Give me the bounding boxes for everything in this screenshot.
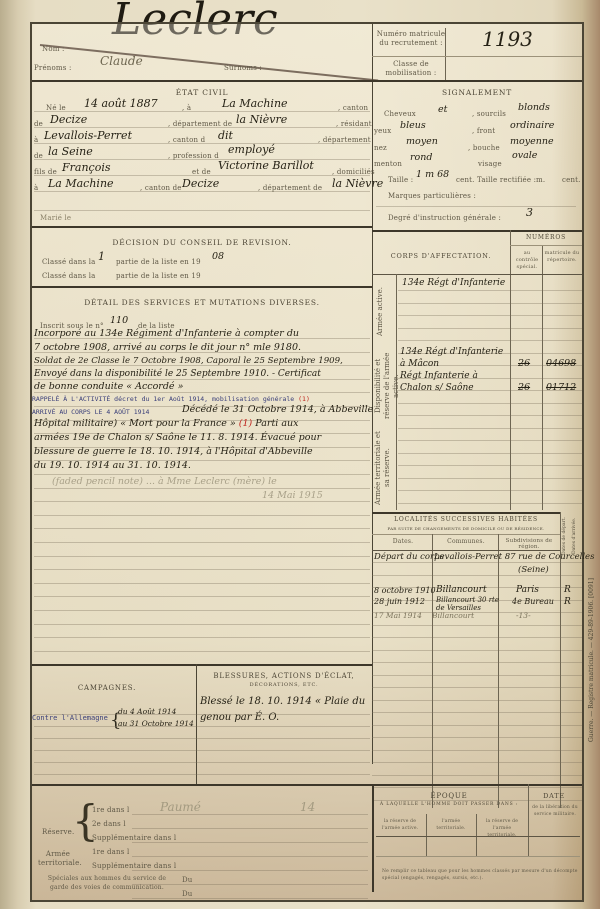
ruling	[34, 596, 370, 597]
side-col-arrivee: Dates d'arrivée.	[572, 516, 577, 556]
rappel-stamp-text: RAPPELÉ À L'ACTIVITÉ décret du 1er Août …	[32, 395, 294, 403]
lieu-naissance: La Machine	[222, 97, 288, 110]
col-subdivisions: Subdivisions de région.	[498, 538, 560, 550]
ruling	[398, 440, 582, 441]
divider	[426, 814, 427, 856]
ruling	[34, 210, 370, 211]
ruling	[34, 111, 370, 112]
services-title: DÉTAIL DES SERVICES ET MUTATIONS DIVERSE…	[32, 298, 372, 307]
ruling	[398, 328, 582, 329]
et-de-label: et de	[192, 168, 211, 176]
campagne-label: Contre l'Allemagne	[32, 714, 108, 722]
ruling	[132, 856, 368, 857]
menton-label: menton	[374, 160, 402, 168]
pere: François	[62, 161, 110, 174]
divider	[510, 245, 582, 246]
deces-line-2-text: Hôpital militaire) « Mort pour la France…	[34, 418, 236, 429]
loc-row-3-subdivision: 4e Bureau	[512, 597, 554, 606]
ruling	[398, 415, 582, 416]
loc-row-2-subdivision: Paris	[516, 585, 539, 595]
taille-rect-cent: cent.	[562, 176, 581, 184]
canton2-label: , canton d	[168, 136, 205, 144]
divider	[372, 80, 582, 82]
corps-entry-active: 134e Régt d'Infanterie	[402, 278, 505, 288]
inscrit-numero: 110	[110, 315, 128, 326]
departement-label: , département de	[168, 120, 232, 128]
loc-row-4-date: 17 Mai 1914	[374, 611, 422, 620]
ruling	[372, 712, 582, 713]
ruling	[132, 898, 368, 899]
divider	[376, 836, 580, 837]
rappel-note: (1)	[298, 395, 310, 403]
ne-le-label: Né le	[46, 104, 66, 112]
section-territoriale: Armée territoriale et sa réserve.	[374, 428, 392, 508]
corps-affectation-title: CORPS D'AFFECTATION.	[372, 252, 510, 260]
divider	[32, 784, 582, 786]
bouche-label: , bouche	[468, 144, 500, 152]
pencil-note-2: 14 Mai 1915	[262, 490, 323, 501]
col-matricule: matricule du répertoire.	[544, 250, 580, 264]
garde-row-1: Du	[182, 876, 193, 884]
fils-label: fils de	[34, 168, 57, 176]
ruling	[34, 569, 370, 570]
col-controle: au contrôle spécial.	[512, 250, 542, 271]
classe2-suffix: partie de la liste en 19	[116, 272, 201, 280]
canton-label: , canton	[338, 104, 368, 112]
ruling	[34, 488, 370, 489]
sourcils-value: blonds	[518, 102, 550, 113]
etat-civil-title: ÉTAT CIVIL	[32, 88, 372, 97]
matricule-1: 04698	[546, 358, 576, 369]
ruling	[398, 490, 582, 491]
ruling	[34, 750, 370, 751]
marie-label: Marié le	[40, 214, 71, 222]
divider	[372, 56, 582, 57]
ruling	[34, 556, 370, 557]
loc-row-3-commune: Billancourt 30 rte de Versailles	[436, 596, 508, 612]
blessures-subtitle: DÉCORATIONS, ETC.	[196, 682, 372, 688]
profession-label: , profession d	[168, 152, 219, 160]
ruling	[34, 726, 370, 727]
ruling	[132, 828, 368, 829]
divider	[372, 550, 560, 551]
ruling	[398, 478, 582, 479]
instruction-label: Degré d'instruction générale :	[388, 214, 501, 222]
visage-label: visage	[478, 160, 502, 168]
reserve-row-2: 2e dans l	[92, 820, 126, 828]
residence: Levallois-Perret	[44, 129, 132, 142]
ruling	[34, 774, 370, 775]
corps-entry-reserve-1: 134e Régt d'Infanterie à Mâcon	[400, 346, 508, 370]
ruling	[398, 453, 582, 454]
de-label: de	[34, 120, 43, 128]
arrive-stamp: ARRIVÉ AU CORPS LE 4 AOÛT 1914	[32, 408, 149, 416]
nez-value: moyen	[406, 136, 438, 147]
prenoms-label: Prénoms :	[34, 64, 72, 72]
ruling	[372, 562, 582, 563]
blessures-text: Blessé le 18. 10. 1914 « Plaie du genou …	[200, 694, 370, 726]
loc-row-4-commune: Billancourt	[432, 611, 474, 620]
ruling	[398, 465, 582, 466]
nez-label: nez	[374, 144, 387, 152]
taille-label: Taille :	[388, 176, 413, 184]
corps-entry-reserve-2: Régt Infanterie à Chalon s/ Saône	[400, 370, 508, 394]
deces-line-3: armées 19e de Chalon s/ Saône le 11. 8. …	[34, 432, 321, 443]
classe2-label: Classé dans la	[42, 272, 96, 280]
ruling	[398, 303, 582, 304]
cheveux-label: Cheveux	[384, 110, 416, 118]
divider	[376, 856, 580, 857]
deces-parti: Parti aux	[255, 418, 298, 429]
service-line-3: Soldat de 2e Classe le 7 Octobre 1908, C…	[34, 356, 343, 366]
departement-residence: la Seine	[48, 145, 93, 158]
ruling	[372, 700, 582, 701]
col-communes: Communes.	[434, 538, 498, 545]
ruling	[372, 750, 582, 751]
col-dates: Dates.	[374, 538, 432, 545]
yeux-label: yeux	[374, 127, 391, 135]
bouche-value: moyenne	[510, 136, 554, 147]
loc-row-1-subdivision: (Seine)	[518, 565, 549, 575]
ruling	[132, 842, 368, 843]
deces-note: (1)	[239, 418, 252, 429]
deces-line-5: du 19. 10. 1914 au 31. 10. 1914.	[34, 460, 191, 471]
ruling	[132, 870, 368, 871]
classe1-year: 08	[212, 251, 224, 262]
printer-imprint: Guerre. — Registre matricule. — 429-89-1…	[588, 540, 595, 780]
ruling	[372, 650, 582, 651]
ruling	[34, 610, 370, 611]
ruling	[34, 738, 370, 739]
loc-row-2-commune: Billancourt	[436, 585, 487, 595]
divider	[510, 230, 511, 510]
periode-pencil-note: Paumé	[160, 800, 201, 814]
deces-line-1: Décédé le 31 Octobre 1914, à Abbeville	[182, 404, 373, 415]
classe-label: Classe de mobilisation :	[376, 60, 446, 78]
side-col-depart: Dates de départ.	[562, 516, 567, 556]
nom-label: Nom :	[42, 45, 65, 53]
territoriale-row-1: 1re dans l	[92, 848, 129, 856]
registre-matricule-form: Nom : Prénoms : Claude Surnoms : Numéro …	[30, 22, 584, 902]
divider	[372, 784, 374, 892]
yeux-value: bleus	[400, 120, 426, 131]
ruling	[34, 528, 370, 529]
ruling	[398, 315, 582, 316]
ruling	[34, 501, 370, 502]
section-armee-active: Armée active.	[376, 276, 384, 346]
pencil-note-1: (faded pencil note) ... à Mme Leclerc (m…	[52, 476, 277, 487]
garde-row-2: Du	[182, 890, 193, 898]
loc-row-2-mark: R	[564, 585, 571, 595]
ruling	[34, 392, 370, 393]
ruling	[372, 737, 582, 738]
header-bottom-rule	[32, 80, 372, 82]
ruling	[34, 637, 370, 638]
departement-naissance: la Nièvre	[236, 113, 287, 126]
date-naissance: 14 août 1887	[84, 97, 158, 110]
controle-1: 26	[518, 358, 530, 369]
matricule-2: 01712	[546, 382, 576, 393]
section-disponibilite: Disponibilité et réserve de l'armée acti…	[374, 346, 401, 426]
ruling	[398, 503, 582, 504]
territoriale-row-2: Supplémentaire dans l	[92, 862, 176, 870]
classe1-label: Classé dans la	[42, 258, 96, 266]
ruling	[372, 675, 582, 676]
canton-parents: Decize	[182, 177, 219, 190]
epoque-subtitle: À LAQUELLE L'HOMME DOIT PASSER DANS :	[374, 802, 524, 807]
ruling	[34, 542, 370, 543]
divider	[32, 664, 372, 666]
classe1-partie: 1	[98, 250, 105, 263]
classe1-suffix: partie de la liste en 19	[116, 258, 201, 266]
sourcils-label: , sourcils	[472, 110, 506, 118]
service-line-5: de bonne conduite « Accordé »	[34, 381, 183, 392]
controle-2: 26	[518, 382, 530, 393]
taille-value: 1 m 68	[416, 169, 449, 180]
date-sub: de la libération du service militaire.	[530, 804, 580, 818]
loc-row-2-date: 8 octobre 1910	[374, 586, 436, 595]
epoque-title: ÉPOQUE	[374, 792, 524, 800]
numeros-title: NUMÉROS	[510, 234, 582, 241]
ruling	[34, 714, 370, 715]
loc-row-3-mark: R	[564, 597, 571, 607]
localites-title: LOCALITÉS SUCCESSIVES HABITÉES	[372, 516, 560, 523]
taille-rect-unit: m.	[536, 176, 545, 184]
reserve-row-3: Supplémentaire dans l	[92, 834, 176, 842]
ruling	[398, 340, 582, 341]
departement-parents: la Nièvre	[332, 177, 383, 190]
ruling	[34, 651, 370, 652]
domicile-parents: La Machine	[48, 177, 114, 190]
ruling	[376, 206, 576, 207]
campagnes-title: CAMPAGNES.	[32, 684, 182, 692]
matricule-value: 1193	[482, 27, 533, 51]
divider	[372, 534, 560, 535]
mere: Victorine Barillot	[218, 159, 314, 172]
ruling	[372, 637, 582, 638]
cheveux-value: et	[438, 104, 447, 115]
profession: employé	[228, 143, 275, 156]
visage-value: ovale	[512, 150, 537, 161]
divider	[372, 24, 373, 764]
ruling	[398, 290, 582, 291]
a-label: , à	[182, 104, 191, 112]
deces-line-4: blessure de guerre le 18. 10. 1914, à l'…	[34, 446, 313, 457]
ruling	[372, 662, 582, 663]
ruling	[132, 814, 368, 815]
localites-subtitle: PAR SUITE DE CHANGEMENTS DE DOMICILE OU …	[372, 526, 560, 531]
epoque-col-1: la réserve de l'armée active.	[378, 818, 422, 832]
canton-residence: dit	[218, 129, 233, 142]
prenoms-value: Claude	[100, 54, 143, 68]
epoque-footnote: Ne remplir ce tableau que pour les homme…	[382, 868, 578, 882]
divider	[476, 814, 477, 856]
departement2-label: , département	[318, 136, 371, 144]
ruling	[372, 575, 582, 576]
service-line-4: Envoyé dans la disponibilité le 25 Septe…	[34, 369, 321, 379]
a3-label: à	[34, 184, 38, 192]
signalement-title: SIGNALEMENT	[372, 88, 582, 97]
service-line-2: 7 octobre 1908, arrivé au corps le dit j…	[34, 342, 301, 353]
residant-label: , résidant	[336, 120, 372, 128]
instruction-value: 3	[526, 206, 533, 219]
rappel-stamp: RAPPELÉ À L'ACTIVITÉ décret du 1er Août …	[32, 395, 310, 403]
a2-label: à	[34, 136, 38, 144]
divider	[32, 286, 372, 288]
canton-naissance: Decize	[50, 113, 87, 126]
blessures-title: BLESSURES, ACTIONS D'ÉCLAT,	[196, 672, 372, 680]
ruling	[398, 428, 582, 429]
divider	[372, 274, 582, 275]
ruling	[34, 762, 370, 763]
matricule-label: Numéro matricule du recrutement :	[376, 30, 446, 48]
taille-rectifiee-label: cent. Taille rectifiée :	[456, 176, 536, 184]
divider	[32, 226, 372, 228]
garde-label: Spéciales aux hommes du service de garde…	[42, 874, 172, 892]
ruling	[372, 687, 582, 688]
conseil-revision-title: DÉCISION DU CONSEIL DE REVISION.	[32, 238, 372, 247]
menton-value: rond	[410, 152, 432, 163]
periode-pencil-year: 14	[300, 800, 315, 814]
canton3-label: , canton de	[140, 184, 182, 192]
loc-row-4-subdivision: -13-	[516, 611, 531, 620]
ruling	[132, 884, 368, 885]
reserve-row-1: 1re dans l	[92, 806, 129, 814]
territoriale-label: Armée territoriale.	[38, 850, 78, 868]
domicilies-label: , domiciliés	[332, 168, 375, 176]
departement3-label: , département de	[258, 184, 322, 192]
divider	[372, 230, 582, 232]
reserve-label: Réserve.	[42, 828, 74, 836]
surnoms-label: Surnoms :	[224, 64, 262, 72]
ruling	[372, 725, 582, 726]
ruling	[398, 403, 582, 404]
service-line-1: Incorporé au 134e Régiment d'Infanterie …	[34, 328, 299, 339]
ruling	[34, 515, 370, 516]
ruling	[372, 625, 582, 626]
ruling	[34, 583, 370, 584]
ruling	[34, 624, 370, 625]
ruling	[34, 474, 370, 475]
divider	[372, 512, 560, 514]
front-value: ordinaire	[510, 120, 554, 131]
loc-row-3-date: 28 juin 1912	[374, 597, 425, 606]
ruling	[372, 787, 582, 788]
front-label: , front	[472, 127, 495, 135]
deces-line-2: Hôpital militaire) « Mort pour la France…	[34, 418, 298, 429]
date-title: DATE	[528, 792, 580, 800]
ruling	[372, 775, 582, 776]
loc-row-1-commune: Levallois-Perret 87 rue de Courcelles	[434, 552, 594, 562]
marques-label: Marques particulières :	[388, 192, 476, 200]
epoque-col-2: l'armée territoriale.	[428, 818, 474, 832]
ruling	[372, 762, 582, 763]
de2-label: de	[34, 152, 43, 160]
